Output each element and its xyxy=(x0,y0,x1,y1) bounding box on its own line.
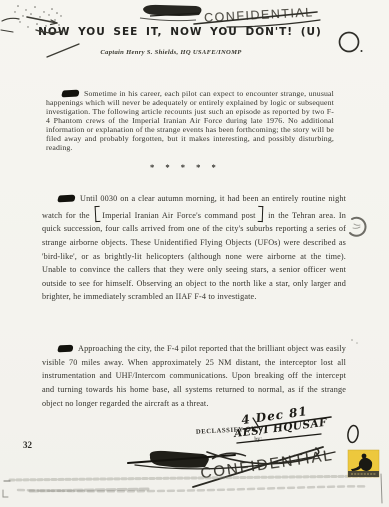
smudge-circle-mid-right xyxy=(350,218,366,236)
paragraph-2-bracketed: Imperial Iranian Air Force's command pos… xyxy=(102,211,255,220)
speckle-dots xyxy=(14,5,61,28)
article-byline: Captain Henry S. Shields, HQ USAFE/INOMP xyxy=(11,49,331,56)
stray-dots-right xyxy=(351,339,358,344)
intro-paragraph: Sometime in his career, each pilot can e… xyxy=(46,89,334,153)
page-number: 32 xyxy=(23,440,32,450)
redaction-mark-icon xyxy=(57,345,74,353)
redaction-mark-icon xyxy=(57,195,76,203)
intro-text: Sometime in his career, each pilot can e… xyxy=(46,89,334,153)
bottom-smudge-lines xyxy=(3,474,382,503)
paragraph-2-post: in the Tehran area. In quick succession,… xyxy=(42,211,346,302)
top-redaction-scribble xyxy=(140,5,201,21)
paragraph-2: Until 0030 on a clear autumn morning, it… xyxy=(42,192,346,304)
paragraph-3-text: Approaching the city, the F-4 pilot repo… xyxy=(42,344,346,407)
paragraph-3: Approaching the city, the F-4 pilot repo… xyxy=(42,342,346,410)
yellow-figure-logo xyxy=(348,450,379,477)
redaction-mark-icon xyxy=(61,89,80,97)
article-title: NOW YOU SEE IT, NOW YOU DON'T! (U) xyxy=(15,26,345,38)
handwritten-bracket-close-icon xyxy=(257,206,263,222)
asterisk-separator: * * * * * xyxy=(150,162,216,172)
classification-stamp-top: CONFIDENTIAL xyxy=(204,5,314,25)
handwritten-bracket-open-icon xyxy=(95,206,101,222)
scanned-document-page: CONFIDENTIAL NOW YOU SEE IT, NOW YOU DON… xyxy=(0,0,389,507)
hand-drawn-oval-bottom xyxy=(347,425,359,443)
